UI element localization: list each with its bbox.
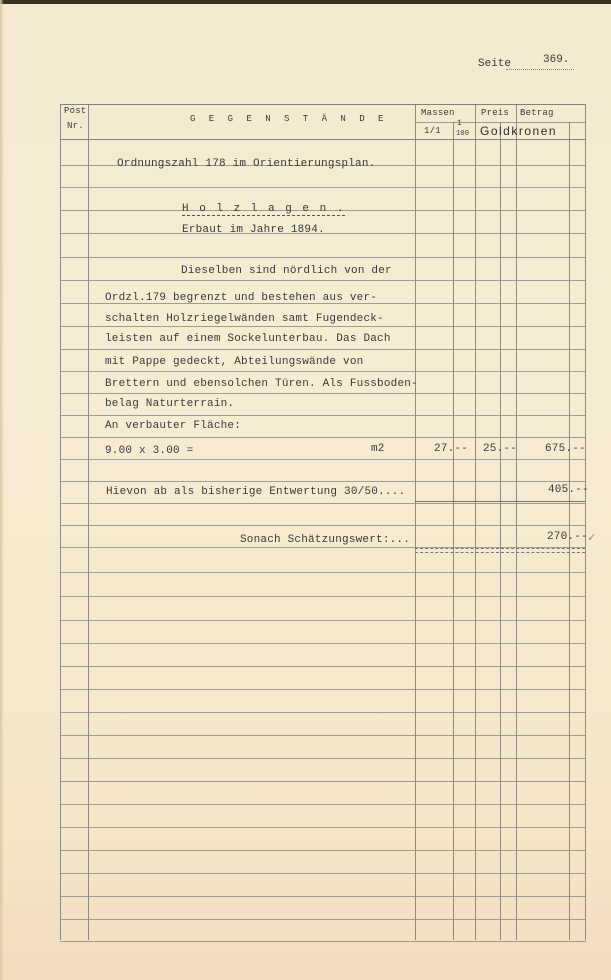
- scan-left-edge: [0, 0, 4, 980]
- row-line: [60, 572, 586, 573]
- header-massen-fraction-den: 100: [456, 130, 469, 138]
- depreciation-value: 405.--: [548, 484, 589, 496]
- row-line: [60, 349, 586, 350]
- row-line: [60, 712, 586, 713]
- row-line: [60, 620, 586, 621]
- row-line: [60, 758, 586, 759]
- check-mark-icon: ✓: [588, 530, 595, 545]
- description-line-5: mit Pappe gedeckt, Abteilungswände von: [105, 356, 363, 368]
- row-line: [60, 437, 586, 438]
- col-line-preis: [475, 104, 476, 940]
- row-line: [60, 257, 586, 258]
- description-line-2: Ordzl.179 begrenzt und bestehen aus ver-: [105, 292, 377, 304]
- header-post: Post: [64, 106, 86, 116]
- description-line-3: schalten Holzriegelwänden samt Fugendeck…: [105, 313, 384, 325]
- header-bottom-border: [60, 139, 586, 140]
- row-line: [60, 666, 586, 667]
- betrag-value: 675.--: [545, 443, 586, 455]
- header-preis: Preis: [481, 108, 509, 118]
- description-line-6: Brettern und ebensolchen Türen. Als Fuss…: [105, 378, 418, 390]
- header-massen-1-1: 1/1: [424, 126, 441, 136]
- row-line: [60, 503, 586, 504]
- description-line-4: leisten auf einem Sockelunterbau. Das Da…: [105, 333, 391, 345]
- massen-value: 27.--: [434, 443, 468, 455]
- area-unit: m2: [371, 443, 385, 455]
- total-double-underline: [415, 548, 585, 553]
- row-line: [60, 919, 586, 920]
- col-line-massen-split: [453, 122, 454, 940]
- ordnungszahl-line: Ordnungszahl 178 im Orientierungsplan.: [117, 158, 375, 170]
- row-line: [60, 280, 586, 281]
- estimated-value-label: Sonach Schätzungswert:...: [240, 534, 410, 546]
- header-betrag: Betrag: [520, 108, 554, 118]
- row-line: [60, 187, 586, 188]
- row-line: [60, 941, 586, 942]
- header-currency-stamp: Goldkronen: [480, 124, 557, 138]
- row-line: [60, 689, 586, 690]
- preis-value: 25.--: [483, 443, 517, 455]
- row-line: [60, 481, 586, 482]
- col-line-massen: [415, 104, 416, 940]
- row-line: [60, 850, 586, 851]
- built-year: Erbaut im Jahre 1894.: [182, 224, 325, 236]
- description-line-7: belag Naturterrain.: [105, 398, 234, 410]
- row-line: [60, 326, 586, 327]
- row-line: [60, 371, 586, 372]
- row-line: [60, 781, 586, 782]
- building-title: H o l z l a g e n .: [182, 203, 345, 216]
- row-line: [60, 804, 586, 805]
- header-massen: Massen: [421, 108, 455, 118]
- col-line-left: [60, 104, 61, 940]
- header-gegenstaende: G E G E N S T Ä N D E: [190, 114, 387, 124]
- col-line-right: [585, 104, 586, 940]
- table-top-border: [60, 104, 586, 105]
- row-line: [60, 393, 586, 394]
- page-number-value: 369.: [543, 54, 569, 66]
- subtotal-line: [415, 501, 585, 502]
- row-line: [60, 873, 586, 874]
- area-calculation: 9.00 x 3.00 =: [105, 445, 193, 457]
- row-line: [60, 459, 586, 460]
- row-line: [60, 896, 586, 897]
- row-line: [60, 596, 586, 597]
- estimated-value: 270.--: [547, 531, 588, 543]
- row-line: [60, 415, 586, 416]
- area-label: An verbauter Fläche:: [105, 420, 241, 432]
- header-nr: Nr.: [67, 121, 84, 131]
- description-line-1: Dieselben sind nördlich von der: [181, 265, 392, 277]
- depreciation-label: Hievon ab als bisherige Entwertung 30/50…: [106, 486, 405, 498]
- page-number-underline: [506, 69, 574, 70]
- header-massen-fraction-num: 1: [457, 119, 462, 128]
- col-line-post: [88, 104, 89, 940]
- col-line-preis-split: [500, 122, 501, 940]
- page-number-field: Seite 369.: [478, 58, 511, 70]
- row-line: [60, 827, 586, 828]
- row-line: [60, 735, 586, 736]
- row-line: [60, 643, 586, 644]
- col-line-betrag: [516, 104, 517, 940]
- scan-top-edge: [0, 0, 611, 4]
- row-line: [60, 525, 586, 526]
